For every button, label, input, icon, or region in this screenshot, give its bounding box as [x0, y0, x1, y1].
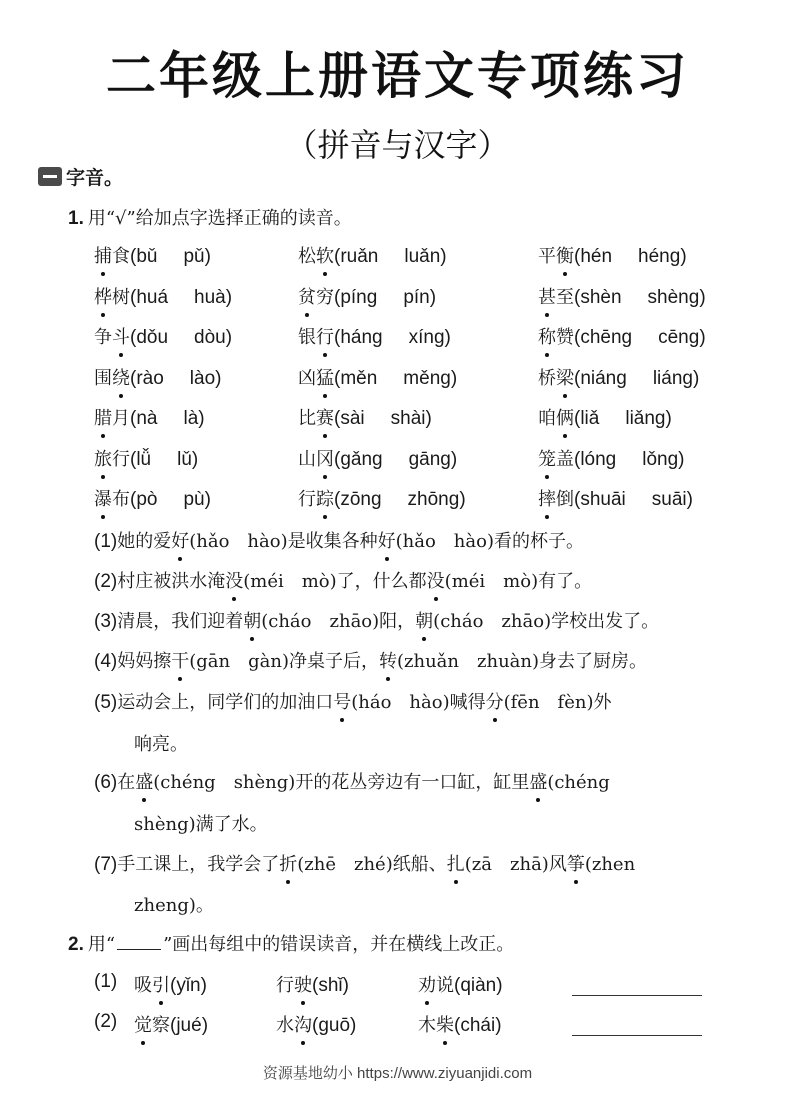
sentence-text[interactable]: (háo hào)喊得	[351, 692, 485, 713]
dotted-char: 号	[333, 688, 351, 714]
dotted-char: 瀑	[94, 485, 112, 511]
pinyin-option-1[interactable]: rào	[136, 368, 163, 389]
word-reading-item[interactable]: 觉察(jué)	[134, 1011, 208, 1037]
sentence-label: (5)	[94, 692, 117, 713]
sentence-label: (4)	[94, 651, 117, 672]
dotted-char: 盛	[135, 768, 153, 794]
sentence-text[interactable]: (cháo zhāo)学校出发了。	[433, 611, 659, 632]
pinyin-reading[interactable]: chái	[460, 1015, 495, 1036]
row-label: (2)	[94, 1011, 117, 1033]
worksheet-title: 二年级上册语文专项练习	[0, 36, 795, 108]
pinyin-option-1[interactable]: gǎng	[340, 449, 382, 470]
grid-row: 争斗(dǒudòu)银行(hángxíng)称赞(chēngcēng)	[0, 323, 795, 363]
word-choice-item: 行踪(zōngzhōng)	[298, 485, 466, 511]
dotted-char: 旅	[94, 445, 112, 471]
char: 行	[276, 975, 294, 996]
pinyin-option-1[interactable]: liǎ	[580, 408, 599, 429]
sentence-text[interactable]: (zā zhā)风	[465, 854, 567, 875]
word-choice-item: 捕食(bǔpǔ)	[94, 242, 211, 268]
sentence-text[interactable]: (méi mò)了，什么都	[243, 571, 426, 592]
row-label: (1)	[94, 971, 117, 993]
dotted-char: 没	[427, 567, 445, 593]
pinyin-option-2[interactable]: pín	[403, 287, 429, 308]
dotted-char: 柴	[436, 1011, 454, 1037]
pinyin-reading[interactable]: guō	[318, 1015, 350, 1036]
sentence-text[interactable]: (gān gàn)净桌子后，	[189, 651, 379, 672]
dotted-char: 斗	[112, 323, 130, 349]
char: 咱	[538, 408, 556, 429]
word-choice-item: 凶猛(měnměng)	[298, 364, 457, 390]
sentence-text[interactable]: 清晨，我们迎着	[117, 611, 243, 632]
pinyin-reading[interactable]: yǐn	[176, 975, 200, 996]
dotted-char: 称	[538, 323, 556, 349]
dotted-char: 腊	[94, 404, 112, 430]
dotted-char: 折	[279, 850, 297, 876]
worksheet-subtitle: （拼音与汉字）	[0, 120, 795, 166]
sentence-text[interactable]: 运动会上，同学们的加油口	[117, 692, 333, 713]
dotted-char: 好	[171, 527, 189, 553]
question-2-title: 2.用“”画出每组中的错误读音，并在横线上改正。	[68, 930, 514, 956]
sentence-text[interactable]: (hǎo hào)是收集各种	[189, 531, 377, 552]
word-reading-item[interactable]: 水沟(guō)	[276, 1011, 356, 1037]
dotted-char: 好	[378, 527, 396, 553]
watermark: 资源基地幼小 https://www.ziyuanjidi.com	[0, 1062, 795, 1083]
char: 平	[538, 246, 556, 267]
char: 月	[112, 408, 130, 429]
pinyin-reading[interactable]: shǐ	[318, 975, 342, 996]
word-choice-item: 贫穷(píngpín)	[298, 283, 436, 309]
char: 木	[418, 1015, 436, 1036]
grid-row: 瀑布(pòpù)行踪(zōngzhōng)摔倒(shuāisuāi)	[0, 485, 795, 525]
answer-blank[interactable]	[572, 995, 702, 996]
word-choice-item: 平衡(hénhéng)	[538, 242, 687, 268]
pinyin-option-2[interactable]: pǔ	[183, 246, 204, 267]
word-choice-item: 摔倒(shuāisuāi)	[538, 485, 693, 511]
pinyin-option-2[interactable]: gāng	[409, 449, 451, 470]
sentence-item: (2)村庄被洪水淹没(méi mò)了，什么都没(méi mò)有了。	[94, 567, 592, 593]
pinyin-option-2[interactable]: lǔ	[177, 449, 192, 470]
dash-badge-icon	[38, 167, 62, 186]
sentence-item: (6)在盛(chéng shèng)开的花丛旁边有一口缸，缸里盛(chéng	[94, 768, 610, 794]
dotted-char: 贫	[298, 283, 316, 309]
sentence-item: (4)妈妈擦干(gān gàn)净桌子后，转(zhuǎn zhuàn)身去了厨房…	[94, 647, 647, 673]
sentence-label: (7)	[94, 854, 117, 875]
word-choice-item: 山冈(gǎnggāng)	[298, 445, 457, 471]
pinyin-option-1[interactable]: hén	[580, 246, 612, 267]
word-choice-item: 瀑布(pòpù)	[94, 485, 211, 511]
char: 凶	[298, 368, 316, 389]
char: 察	[152, 1015, 170, 1036]
char: 说	[436, 975, 454, 996]
dotted-char: 甚	[538, 283, 556, 309]
sentence-text[interactable]: (zhē zhé)纸船、	[297, 854, 447, 875]
dotted-char: 软	[316, 242, 334, 268]
pinyin-option-2[interactable]: dòu	[194, 327, 226, 348]
dotted-char: 没	[225, 567, 243, 593]
sentence-label: (1)	[94, 531, 117, 552]
dotted-char: 冈	[316, 445, 334, 471]
word-choice-item: 甚至(shènshèng)	[538, 283, 706, 309]
pinyin-option-1[interactable]: sài	[340, 408, 364, 429]
sentence-text[interactable]: 村庄被洪水淹	[117, 571, 225, 592]
sentence-text[interactable]: (zhuǎn zhuàn)身去了厨房。	[397, 651, 647, 672]
grid-row: 捕食(bǔpǔ)松软(ruǎnluǎn)平衡(hénhéng)	[0, 242, 795, 282]
underline-sample	[117, 935, 161, 950]
dotted-char: 衡	[556, 242, 574, 268]
pinyin-option-1[interactable]: shuāi	[580, 489, 625, 510]
word-choice-item: 咱俩(liǎliǎng)	[538, 404, 672, 430]
sentence-continuation: zheng)。	[134, 891, 214, 917]
dotted-char: 绕	[112, 364, 130, 390]
question-1-title: 1.用“√”给加点字选择正确的读音。	[68, 204, 352, 230]
word-choice-item: 松软(ruǎnluǎn)	[298, 242, 447, 268]
dotted-char: 梁	[556, 364, 574, 390]
char: 食	[112, 246, 130, 267]
grid-row: 桦树(huáhuà)贫穷(píngpín)甚至(shènshèng)	[0, 283, 795, 323]
dotted-char: 笼	[538, 445, 556, 471]
pinyin-option-2[interactable]: lào	[190, 368, 215, 389]
sentence-label: (6)	[94, 772, 117, 793]
pinyin-option-2[interactable]: xíng	[409, 327, 445, 348]
word-choice-item: 称赞(chēngcēng)	[538, 323, 706, 349]
word-reading-item[interactable]: 行驶(shǐ)	[276, 971, 349, 997]
pinyin-option-1[interactable]: shèn	[580, 287, 621, 308]
pinyin-option-1[interactable]: niáng	[580, 368, 627, 389]
char: 布	[112, 489, 130, 510]
char: 松	[298, 246, 316, 267]
sentence-item: (5)运动会上，同学们的加油口号(háo hào)喊得分(fēn fèn)外	[94, 688, 611, 714]
char: 行	[298, 489, 316, 510]
dotted-char: 筝	[567, 850, 585, 876]
word-choice-item: 围绕(ràolào)	[94, 364, 221, 390]
pinyin-option-2[interactable]: luǎn	[404, 246, 440, 267]
pinyin-option-1[interactable]: bǔ	[136, 246, 157, 267]
char: 比	[298, 408, 316, 429]
word-choice-item: 比赛(sàishài)	[298, 404, 432, 430]
dotted-char: 俩	[556, 404, 574, 430]
pinyin-option-2[interactable]: pù	[183, 489, 204, 510]
dotted-char: 摔	[538, 485, 556, 511]
pinyin-option-1[interactable]: ruǎn	[340, 246, 378, 267]
sentence-text[interactable]: 妈妈擦	[117, 651, 171, 672]
question-number: 2.	[68, 934, 84, 955]
dotted-char: 朝	[243, 607, 261, 633]
sentence-item: (7)手工课上，我学会了折(zhē zhé)纸船、扎(zā zhā)风筝(zhe…	[94, 850, 635, 876]
dotted-char: 桦	[94, 283, 112, 309]
pinyin-option-1[interactable]: lóng	[580, 449, 616, 470]
dotted-char: 扎	[447, 850, 465, 876]
word-choice-item: 腊月(nàlà)	[94, 404, 205, 430]
pinyin-option-2[interactable]: là	[183, 408, 198, 429]
char: 银	[298, 327, 316, 348]
pinyin-option-2[interactable]: lǒng	[642, 449, 678, 470]
dotted-char: 赛	[316, 404, 334, 430]
pinyin-option-2[interactable]: huà	[194, 287, 226, 308]
dotted-char: 劝	[418, 971, 436, 997]
word-choice-item: 争斗(dǒudòu)	[94, 323, 232, 349]
pinyin-option-1[interactable]: huá	[136, 287, 168, 308]
pinyin-reading[interactable]: jué	[176, 1015, 201, 1036]
sentence-text[interactable]: 她的爱	[117, 531, 171, 552]
pinyin-option-2[interactable]: měng	[403, 368, 451, 389]
pinyin-option-2[interactable]: shèng	[648, 287, 700, 308]
word-reading-item[interactable]: 吸引(yǐn)	[134, 971, 207, 997]
sentence-text[interactable]: (chéng	[547, 772, 609, 793]
sentence-item: (1)她的爱好(hǎo hào)是收集各种好(hǎo hào)看的杯子。	[94, 527, 584, 553]
pinyin-option-2[interactable]: zhōng	[408, 489, 460, 510]
sentence-text[interactable]: (zhen	[585, 854, 635, 875]
char: 盖	[556, 449, 574, 470]
char: 树	[112, 287, 130, 308]
answer-blank[interactable]	[572, 1035, 702, 1036]
pinyin-option-2[interactable]: suāi	[652, 489, 687, 510]
dotted-char: 踪	[316, 485, 334, 511]
char: 争	[94, 327, 112, 348]
word-choice-item: 笼盖(lónglǒng)	[538, 445, 685, 471]
word-choice-item: 桦树(huáhuà)	[94, 283, 232, 309]
sentence-text[interactable]: 手工课上，我学会了	[117, 854, 279, 875]
word-choice-item: 旅行(lǚlǔ)	[94, 445, 198, 471]
dotted-char: 分	[486, 688, 504, 714]
char: 穷	[316, 287, 334, 308]
pinyin-option-2[interactable]: cēng	[658, 327, 699, 348]
pinyin-option-1[interactable]: dǒu	[136, 327, 168, 348]
dotted-char: 猛	[316, 364, 334, 390]
char: 行	[112, 449, 130, 470]
char: 围	[94, 368, 112, 389]
section-label: 字音。	[66, 163, 123, 190]
char: 水	[276, 1015, 294, 1036]
word-reading-item[interactable]: 劝说(qiàn)	[418, 971, 503, 997]
char: 山	[298, 449, 316, 470]
pinyin-option-1[interactable]: nà	[136, 408, 157, 429]
dotted-char: 朝	[415, 607, 433, 633]
dotted-char: 觉	[134, 1011, 152, 1037]
pinyin-option-2[interactable]: shài	[391, 408, 426, 429]
char: 吸	[134, 975, 152, 996]
sentence-label: (2)	[94, 571, 117, 592]
grid-row: 围绕(ràolào)凶猛(měnměng)桥梁(niángliáng)	[0, 364, 795, 404]
pinyin-option-1[interactable]: pò	[136, 489, 157, 510]
pinyin-option-1[interactable]: zōng	[340, 489, 381, 510]
sentence-item: (3)清晨，我们迎着朝(cháo zhāo)阳，朝(cháo zhāo)学校出发…	[94, 607, 659, 633]
grid-row: 腊月(nàlà)比赛(sàishài)咱俩(liǎliǎng)	[0, 404, 795, 444]
dotted-char: 干	[171, 647, 189, 673]
pinyin-option-1[interactable]: píng	[340, 287, 377, 308]
question-text: 用“√”给加点字选择正确的读音。	[88, 208, 352, 229]
char: 倒	[556, 489, 574, 510]
word-reading-item[interactable]: 木柴(chái)	[418, 1011, 502, 1037]
pinyin-option-1[interactable]: chēng	[580, 327, 632, 348]
grid-row: 旅行(lǚlǔ)山冈(gǎnggāng)笼盖(lónglǒng)	[0, 445, 795, 485]
char: 至	[556, 287, 574, 308]
sentence-text[interactable]: (cháo zhāo)阳，	[261, 611, 415, 632]
sentence-text[interactable]: (méi mò)有了。	[445, 571, 592, 592]
pinyin-reading[interactable]: qiàn	[460, 975, 496, 996]
sentence-text[interactable]: (hǎo hào)看的杯子。	[396, 531, 584, 552]
word-choice-item: 银行(hángxíng)	[298, 323, 451, 349]
dotted-char: 行	[316, 323, 334, 349]
dotted-char: 沟	[294, 1011, 312, 1037]
pinyin-option-1[interactable]: měn	[340, 368, 377, 389]
pinyin-option-1[interactable]: lǚ	[136, 449, 151, 470]
sentence-label: (3)	[94, 611, 117, 632]
dotted-char: 盛	[529, 768, 547, 794]
pinyin-option-1[interactable]: háng	[340, 327, 382, 348]
question-number: 1.	[68, 208, 84, 229]
char: 桥	[538, 368, 556, 389]
sentence-text[interactable]: (fēn fèn)外	[504, 692, 612, 713]
sentence-text[interactable]: 在	[117, 772, 135, 793]
dotted-char: 捕	[94, 242, 112, 268]
pinyin-option-2[interactable]: héng	[638, 246, 680, 267]
sentence-text[interactable]: (chéng shèng)开的花丛旁边有一口缸，缸里	[153, 772, 529, 793]
sentence-continuation: shèng)满了水。	[134, 810, 268, 836]
pinyin-option-2[interactable]: liáng	[653, 368, 693, 389]
sentence-continuation: 响亮。	[134, 730, 188, 756]
dotted-char: 转	[379, 647, 397, 673]
char: 赞	[556, 327, 574, 348]
section-heading: 字音。	[38, 163, 123, 190]
pinyin-option-2[interactable]: liǎng	[625, 408, 665, 429]
dotted-char: 驶	[294, 971, 312, 997]
word-choice-item: 桥梁(niángliáng)	[538, 364, 699, 390]
dotted-char: 引	[152, 971, 170, 997]
